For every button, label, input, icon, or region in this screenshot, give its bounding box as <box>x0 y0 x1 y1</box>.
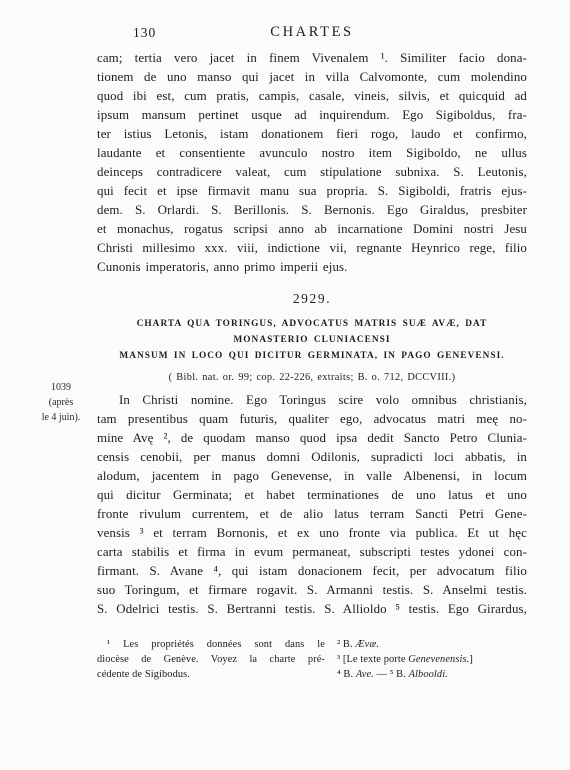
text-line: In Christi nomine. Ego Toringus scire vo… <box>97 391 527 410</box>
footnote-line: ¹ Les propriétés données sont dans le <box>97 638 325 653</box>
text-line: dem. S. Orlardi. S. Berillonis. S. Berno… <box>97 201 527 220</box>
text-line: S. Odelrici testis. S. Bertranni testis.… <box>97 600 527 619</box>
text-line: cam; tertia vero jacet in finem Vivenale… <box>97 49 527 68</box>
text-line: qui fecit et ipse firmavit manu sua prop… <box>97 182 527 201</box>
footnotes: ¹ Les propriétés données sont dans le di… <box>97 638 527 682</box>
footnote-text: ³ [Le texte porte <box>337 654 408 665</box>
charter-body: In Christi nomine. Ego Toringus scire vo… <box>97 391 527 619</box>
text-line: deinceps contradicere valeat, cum stipul… <box>97 163 527 182</box>
text-line: ter istius Letonis, istam donationem fie… <box>97 125 527 144</box>
text-line: tionem de uno manso qui jacet in villa C… <box>97 68 527 87</box>
page-number: 130 <box>133 25 156 41</box>
text-line: fronte rivulum currentem, et de alio lat… <box>97 505 527 524</box>
scanned-book-page: { "colors": { "paper": "#fbfbf9", "ink":… <box>0 0 570 770</box>
text-line: ipsum mansum pertinet usque ad inquirend… <box>97 106 527 125</box>
footnote-text: ] <box>469 654 473 665</box>
charter-title-line-2: MANSUM IN LOCO QUI DICITUR GERMINATA, IN… <box>97 348 527 364</box>
text-block: 130 CHARTES cam; tertia vero jacet in fi… <box>97 0 527 682</box>
footnote-text: ² B. <box>337 639 355 650</box>
footnote-line: ² B. Ævæ. <box>337 638 527 653</box>
text-line: Christi millesimo xxx. viii, indictione … <box>97 239 527 258</box>
text-line: alodum, jacentem in pago Genevense, in v… <box>97 467 527 486</box>
text-line: firmant. S. Avane ⁴, qui istam donacione… <box>97 562 527 581</box>
footnote-line: ³ [Le texte porte Genevenensis.] <box>337 653 527 668</box>
footnote-italic-term: Ævæ. <box>355 639 379 650</box>
text-line: quod ibi est, cum pratis, campis, casale… <box>97 87 527 106</box>
text-line: Cunonis imperatoris, anno primo imperii … <box>97 258 527 277</box>
footnote-italic-term: Genevenensis. <box>408 654 469 665</box>
footnote-column-right: ² B. Ævæ. ³ [Le texte porte Genevenensis… <box>337 638 527 682</box>
previous-charter-continuation: cam; tertia vero jacet in finem Vivenale… <box>97 49 527 277</box>
text-line: laudante et consentiente avunculo nostro… <box>97 144 527 163</box>
running-title: CHARTES <box>97 24 527 41</box>
charter-title-line-1: CHARTA QUA TORINGUS, ADVOCATUS MATRIS SU… <box>97 316 527 348</box>
text-line: vensis ³ et terram Bornonis, et ex uno f… <box>97 524 527 543</box>
margin-date-year: 1039 <box>22 380 100 395</box>
text-line: qui dicitur Germinata; et habet terminat… <box>97 486 527 505</box>
footnote-text: — ⁵ B. <box>374 669 409 680</box>
text-line: censis cenobii, per manus domni Odilonis… <box>97 448 527 467</box>
charter-number: 2929. <box>97 291 527 307</box>
footnote-text: ⁴ B. <box>337 669 356 680</box>
margin-date-note: 1039 (après le 4 juin). <box>22 380 100 425</box>
text-line: tam presentibus quam futuris, qualiter e… <box>97 410 527 429</box>
text-line: suo Toringum, et firmare rogavit. S. Arm… <box>97 581 527 600</box>
footnote-italic-term: Ave. <box>356 669 374 680</box>
text-line: et monachus, rogatus scripsi anno ab inc… <box>97 220 527 239</box>
text-line: carta stabilis et firma in evum permanea… <box>97 543 527 562</box>
footnote-line: diocèse de Genève. Voyez la charte pré- <box>97 653 325 668</box>
source-citation: ( Bibl. nat. or. 99; cop. 22-226, extrai… <box>97 371 527 385</box>
margin-date-line: (après <box>22 395 100 410</box>
footnote-column-left: ¹ Les propriétés données sont dans le di… <box>97 638 325 682</box>
text-line: mine Avę ², de quodam manso quod ipsa de… <box>97 429 527 448</box>
footnote-line: cédente de Sigibodus. <box>97 668 325 683</box>
margin-date-line: le 4 juin). <box>22 410 100 425</box>
charter-title: CHARTA QUA TORINGUS, ADVOCATUS MATRIS SU… <box>97 316 527 364</box>
footnote-line: ⁴ B. Ave. — ⁵ B. Albooldi. <box>337 668 527 683</box>
page-header: 130 CHARTES <box>97 24 527 43</box>
footnote-italic-term: Albooldi. <box>409 669 448 680</box>
